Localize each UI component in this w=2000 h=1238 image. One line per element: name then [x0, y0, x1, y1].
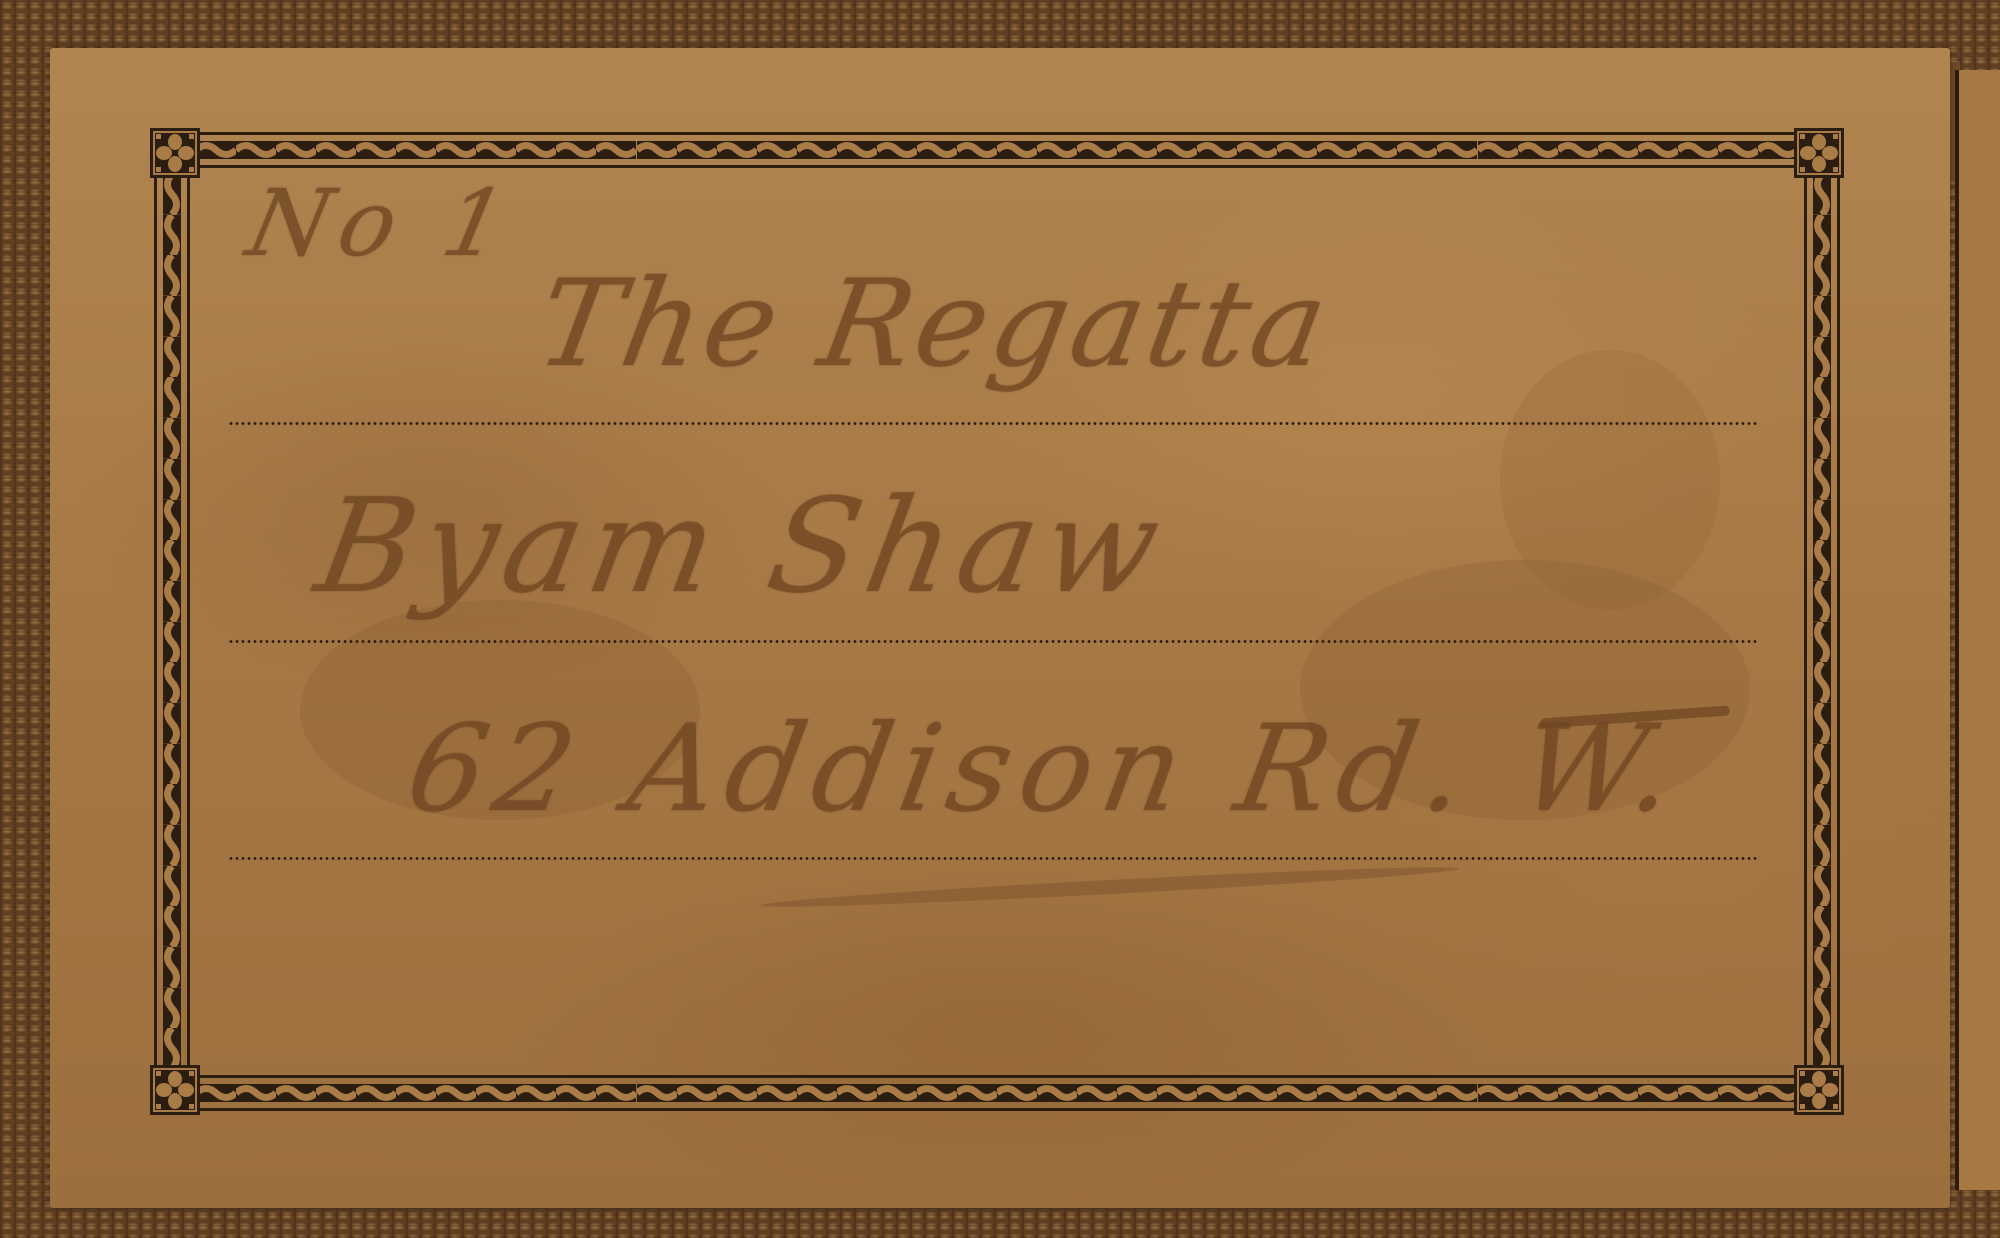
label-number: No 1 [239, 170, 525, 277]
border-top [196, 132, 1798, 168]
border-bottom [196, 1075, 1798, 1111]
border-right [1804, 174, 1840, 1069]
corner-ornament-icon [150, 1065, 200, 1115]
adjacent-label-strip [1955, 70, 2000, 1190]
writing-line-3 [228, 857, 1758, 860]
writing-line-2 [228, 640, 1758, 643]
artist-address: 62 Addison Rd. W. [398, 700, 1695, 839]
border-left [154, 174, 190, 1069]
writing-line-1 [228, 422, 1758, 425]
artwork-title: The Regatta [528, 255, 1341, 394]
corner-ornament-icon [1794, 1065, 1844, 1115]
corner-ornament-icon [150, 128, 200, 178]
corner-ornament-icon [1794, 128, 1844, 178]
artist-name: Byam Shaw [307, 470, 1178, 622]
